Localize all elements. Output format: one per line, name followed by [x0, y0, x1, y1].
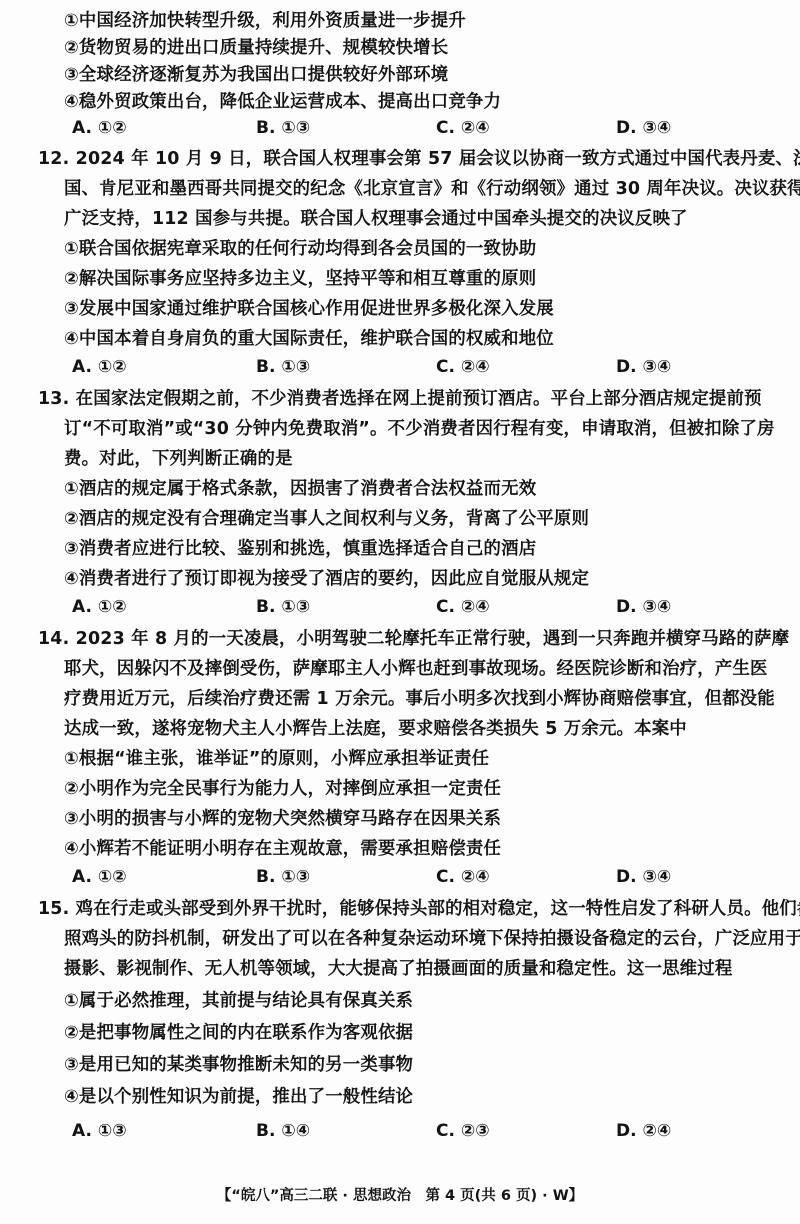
q14-option-b: B. ①③	[256, 866, 310, 888]
q13-option-c: C. ②④	[436, 596, 490, 618]
q12-option-d: D. ③④	[616, 356, 671, 378]
q12-option-c: C. ②④	[436, 356, 490, 378]
q14-stem-line-4: 达成一致，遂将宠物犬主人小辉告上法庭，要求赔偿各类损失 5 万余元。本案中	[64, 718, 687, 740]
q13-item-3: ③消费者应进行比较、鉴别和挑选，慎重选择适合自己的酒店	[64, 538, 536, 560]
q13-item-2: ②酒店的规定没有合理确定当事人之间权利与义务，背离了公平原则	[64, 508, 589, 530]
q12-stem-line-1: 12. 2024 年 10 月 9 日，联合国人权理事会第 57 届会议以协商一…	[38, 148, 800, 170]
q12-option-b: B. ①③	[256, 356, 310, 378]
q15-option-d: D. ②④	[616, 1120, 671, 1142]
q15-option-a: A. ①③	[72, 1120, 127, 1142]
q15-stem-line-1: 15. 鸡在行走或头部受到外界干扰时，能够保持头部的相对稳定，这一特性启发了科研…	[38, 898, 800, 920]
q12-stem-line-3: 广泛支持，112 国参与共提。联合国人权理事会通过中国牵头提交的决议反映了	[64, 208, 688, 230]
q14-stem-line-2: 耶犬，因躲闪不及摔倒受伤，萨摩耶主人小辉也赶到事故现场。经医院诊断和治疗，产生医	[64, 658, 768, 680]
q14-item-1: ①根据“谁主张，谁举证”的原则，小辉应承担举证责任	[64, 748, 489, 770]
q12-item-2: ②解决国际事务应坚持多边主义，坚持平等和相互尊重的原则	[64, 268, 536, 290]
q14-option-a: A. ①②	[72, 866, 127, 888]
q13-option-d: D. ③④	[616, 596, 671, 618]
q11-option-c: C. ②④	[436, 117, 490, 139]
q15-item-2: ②是把事物属性之间的内在联系作为客观依据	[64, 1022, 413, 1044]
q11-option-d: D. ③④	[616, 117, 671, 139]
q11-item-2: ②货物贸易的进出口质量持续提升、规模较快增长	[64, 37, 448, 59]
q11-option-a: A. ①②	[72, 117, 127, 139]
q12-item-4: ④中国本着自身肩负的重大国际责任，维护联合国的权威和地位	[64, 328, 554, 350]
q13-option-a: A. ①②	[72, 596, 127, 618]
q14-stem-line-1: 14. 2023 年 8 月的一天凌晨，小明驾驶二轮摩托车正常行驶，遇到一只奔跑…	[38, 628, 789, 650]
q11-item-4: ④稳外贸政策出台，降低企业运营成本、提高出口竞争力	[64, 91, 501, 113]
q12-stem-line-2: 国、肯尼亚和墨西哥共同提交的纪念《北京宣言》和《行动纲领》通过 30 周年决议。…	[64, 178, 800, 200]
q13-stem-line-2: 订“不可取消”或“30 分钟内免费取消”。不少消费者因行程有变，申请取消，但被扣…	[64, 418, 775, 440]
q14-option-d: D. ③④	[616, 866, 671, 888]
q13-stem-line-3: 费。对此，下列判断正确的是	[64, 448, 293, 470]
q14-option-c: C. ②④	[436, 866, 490, 888]
q12-item-1: ①联合国依据宪章采取的任何行动均得到各会员国的一致协助	[64, 238, 536, 260]
q13-item-4: ④消费者进行了预订即视为接受了酒店的要约，因此应自觉服从规定	[64, 568, 589, 590]
q12-item-3: ③发展中国家通过维护联合国核心作用促进世界多极化深入发展	[64, 298, 554, 320]
q15-stem-line-3: 摄影、影视制作、无人机等领域，大大提高了拍摄画面的质量和稳定性。这一思维过程	[64, 958, 732, 980]
q13-option-b: B. ①③	[256, 596, 310, 618]
q15-option-c: C. ②③	[436, 1120, 490, 1142]
q15-item-1: ①属于必然推理，其前提与结论具有保真关系	[64, 990, 413, 1012]
q13-stem-line-1: 13. 在国家法定假期之前，不少消费者选择在网上提前预订酒店。平台上部分酒店规定…	[38, 388, 762, 410]
q11-item-1: ①中国经济加快转型升级，利用外资质量进一步提升	[64, 10, 466, 32]
q13-item-1: ①酒店的规定属于格式条款，因损害了消费者合法权益而无效	[64, 478, 536, 500]
q15-stem-line-2: 照鸡头的防抖机制，研发出了可以在各种复杂运动环境下保持拍摄设备稳定的云台，广泛应…	[64, 928, 800, 950]
q15-item-3: ③是用已知的某类事物推断未知的另一类事物	[64, 1054, 413, 1076]
q15-option-b: B. ①④	[256, 1120, 310, 1142]
q14-item-2: ②小明作为完全民事行为能力人，对摔倒应承担一定责任	[64, 778, 501, 800]
q14-item-3: ③小明的损害与小辉的宠物犬突然横穿马路存在因果关系	[64, 808, 501, 830]
q11-item-3: ③全球经济逐渐复苏为我国出口提供较好外部环境	[64, 64, 448, 86]
q11-option-b: B. ①③	[256, 117, 310, 139]
page-footer: 【“皖八”高三二联 · 思想政治 第 4 页(共 6 页) · W】	[0, 1184, 800, 1205]
q12-option-a: A. ①②	[72, 356, 127, 378]
q15-item-4: ④是以个别性知识为前提，推出了一般性结论	[64, 1086, 413, 1108]
exam-page: ①中国经济加快转型升级，利用外资质量进一步提升 ②货物贸易的进出口质量持续提升、…	[0, 0, 800, 1224]
q14-stem-line-3: 疗费用近万元，后续治疗费还需 1 万余元。事后小明多次找到小辉协商赔偿事宜，但都…	[64, 688, 775, 710]
q14-item-4: ④小辉若不能证明小明存在主观故意，需要承担赔偿责任	[64, 838, 501, 860]
